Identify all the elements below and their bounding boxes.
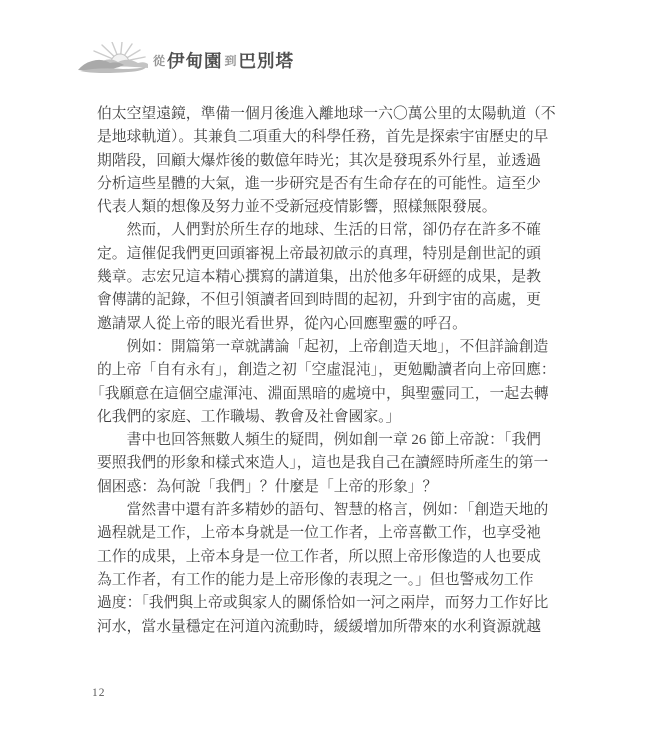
body-text-line: 的上帝「自有永有」，創造之初「空虛混沌」，更勉勵讀者向上帝回應： xyxy=(97,359,559,382)
body-text-line: 為工作者，有工作的能力是上帝形像的表現之一。」但也警戒勿工作 xyxy=(97,569,559,592)
body-text-line: 伯太空望遠鏡，準備一個月後進入離地球一六〇萬公里的太陽軌道（不 xyxy=(97,103,559,126)
body-text-line: 然而，人們對於所生存的地球、生活的日常，卻仍存在許多不確 xyxy=(97,219,559,242)
body-text-line: 當然書中還有許多精妙的語句、智慧的格言，例如：「創造天地的 xyxy=(97,499,559,522)
body-text-line: 會傳講的記錄，不但引領讀者回到時間的起初，升到宇宙的高處，更 xyxy=(97,289,559,312)
body-text-line: 是地球軌道）。其兼負二項重大的科學任務，首先是探索宇宙歷史的早 xyxy=(97,126,559,149)
body-text-line: 過度：「我們與上帝或與家人的關係恰如一河之兩岸，而努力工作好比 xyxy=(97,592,559,615)
page-number: 12 xyxy=(92,687,106,699)
body-text-line: 定。這催促我們更回頭審視上帝最初啟示的真理，特別是創世記的頭 xyxy=(97,243,559,266)
body-text: 伯太空望遠鏡，準備一個月後進入離地球一六〇萬公里的太陽軌道（不是地球軌道）。其兼… xyxy=(97,103,559,639)
body-text-line: 分析這些星體的大氣，進一步研究是否有生命存在的可能性。這至少 xyxy=(97,173,559,196)
title-prefix: 從 xyxy=(153,52,165,69)
book-header: 從 伊甸園 到 巴別塔 xyxy=(78,42,294,78)
body-text-line: 書中也回答無數人頻生的疑問，例如創一章 26 節上帝說：「我們 xyxy=(97,429,559,452)
body-text-line: 邀請眾人從上帝的眼光看世界，從內心回應聖靈的呼召。 xyxy=(97,313,559,336)
title-part-eden: 伊甸園 xyxy=(167,48,223,73)
body-text-line: 要照我們的形象和樣式來造人」，這也是我自己在讀經時所產生的第一 xyxy=(97,452,559,475)
page-title: 從 伊甸園 到 巴別塔 xyxy=(151,48,294,73)
body-text-line: 過程就是工作，上帝本身就是一位工作者，上帝喜歡工作，也享受祂 xyxy=(97,522,559,545)
body-text-line: 代表人類的想像及努力並不受新冠疫情影響，照樣無限發展。 xyxy=(97,196,559,219)
title-part-babel: 巴別塔 xyxy=(239,48,295,73)
title-connector: 到 xyxy=(225,52,237,69)
body-text-line: 期階段，回顧大爆炸後的數億年時光；其次是發現系外行星，並透過 xyxy=(97,150,559,173)
sunrise-over-hills-icon xyxy=(78,42,148,78)
body-text-line: 河水，當水量穩定在河道內流動時，緩緩增加所帶來的水利資源就越 xyxy=(97,616,559,639)
body-text-line: 「我願意在這個空虛渾沌、淵面黑暗的處境中，與聖靈同工，一起去轉 xyxy=(90,383,559,406)
body-text-line: 個困惑：為何說「我們」？什麼是「上帝的形象」？ xyxy=(97,476,559,499)
book-page: 從 伊甸園 到 巴別塔 伯太空望遠鏡，準備一個月後進入離地球一六〇萬公里的太陽軌… xyxy=(0,0,650,750)
body-text-line: 幾章。志宏兄這本精心撰寫的講道集，出於他多年研經的成果，是教 xyxy=(97,266,559,289)
body-text-line: 工作的成果，上帝本身是一位工作者，所以照上帝形像造的人也要成 xyxy=(97,546,559,569)
body-text-line: 例如：開篇第一章就講論「起初，上帝創造天地」，不但詳論創造 xyxy=(97,336,559,359)
body-text-line: 化我們的家庭、工作職場、教會及社會國家。」 xyxy=(97,406,559,429)
